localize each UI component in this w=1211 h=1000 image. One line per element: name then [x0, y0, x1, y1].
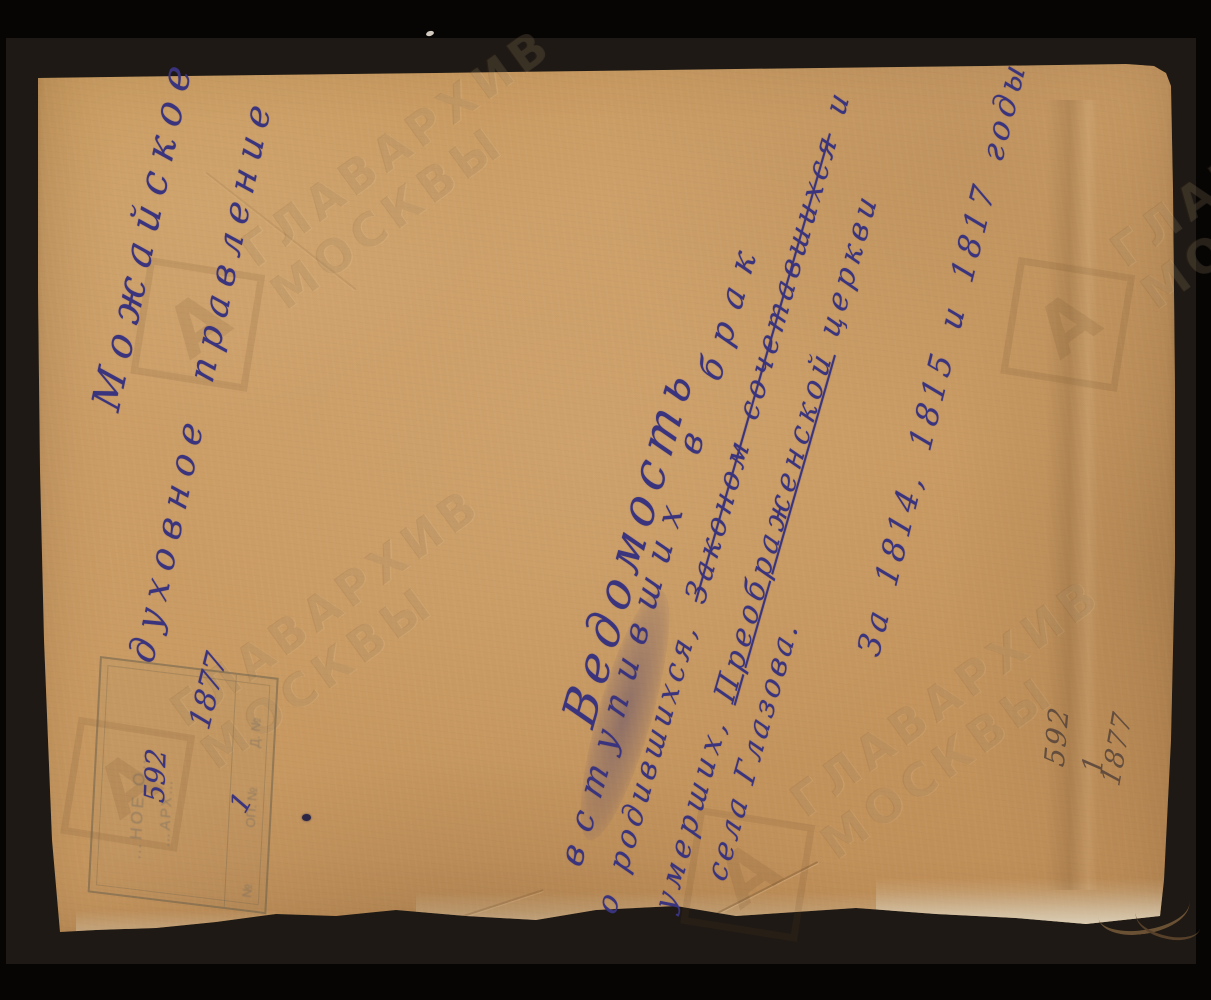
stamp-delo-label: Д. № — [247, 717, 263, 749]
stamp-fond-number-ink: 592 — [138, 747, 173, 805]
archive-stamp: …НОЕ О… …АРХ… № ОП. № Д. № — [88, 656, 279, 914]
dust-speck — [425, 30, 434, 37]
archive-photo: А ГЛАВАРХИВ МОСКВЫ А ГЛАВАРХИВ МОСКВЫ А … — [0, 0, 1211, 1000]
pencil-fond-number: 592 — [1038, 703, 1076, 770]
stamp-number-label: № — [239, 883, 255, 899]
ink-dot — [302, 814, 311, 821]
